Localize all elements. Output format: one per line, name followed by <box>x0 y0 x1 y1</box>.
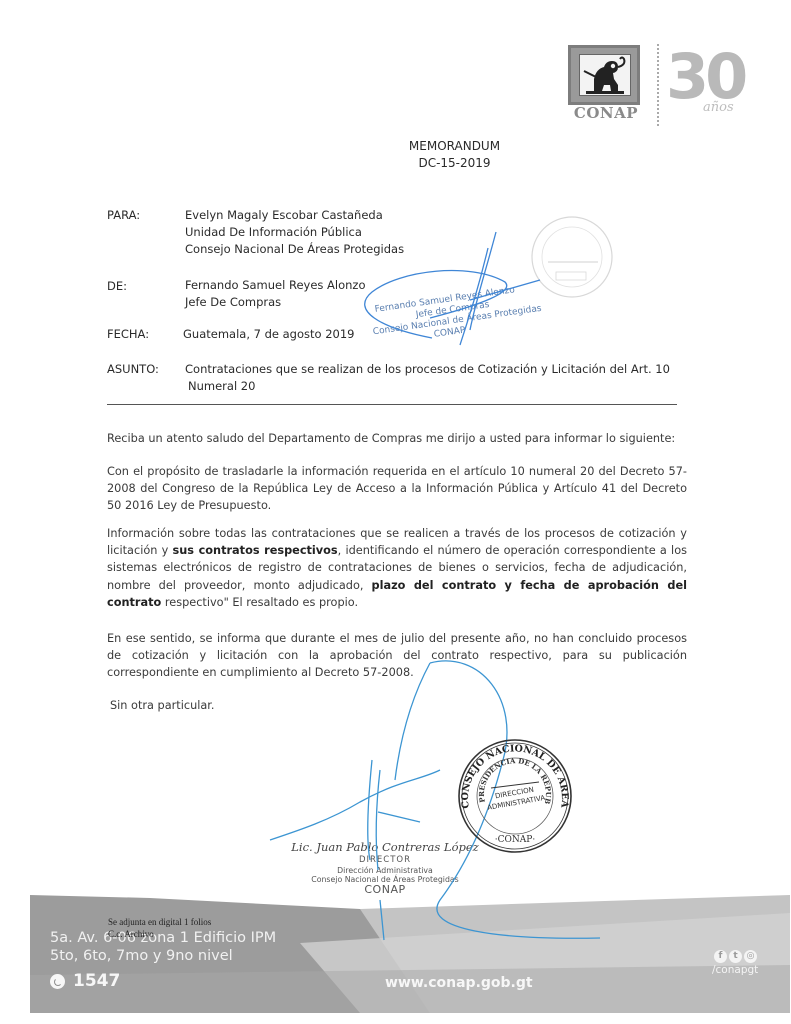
footer-website[interactable]: www.conap.gob.gt <box>385 975 533 991</box>
footer-phone: 1547 <box>50 971 120 991</box>
sender-name: Fernando Samuel Reyes Alonzo <box>185 277 366 294</box>
para-value: Evelyn Magaly Escobar Castañeda Unidad D… <box>185 207 404 258</box>
asunto-value: Contrataciones que se realizan de los pr… <box>185 361 670 395</box>
sender-stamp: Fernando Samuel Reyes Alonzo Jefe de Com… <box>369 282 544 348</box>
annex-note: Se adjunta en digital 1 folios C.c. Arch… <box>108 916 211 940</box>
para-label: PARA: <box>107 208 140 222</box>
recipient-name: Evelyn Magaly Escobar Castañeda <box>185 207 404 224</box>
annex-line-2: C.c. Archivo <box>108 928 211 940</box>
header-divider <box>107 404 677 405</box>
svg-text:Fernando Samuel Reyes Alonzo: Fernando Samuel Reyes Alonzo <box>374 285 516 315</box>
signatory-unit: Dirección Administrativa <box>270 866 500 876</box>
sender-title: Jefe De Compras <box>185 294 366 311</box>
address-line-2: 5to, 6to, 7mo y 9no nivel <box>50 947 276 965</box>
svg-text:DIRECCION: DIRECCION <box>494 786 534 801</box>
faded-round-stamp <box>532 217 612 297</box>
signatory-title: DIRECTOR <box>270 856 500 866</box>
memo-reference: DC-15-2019 <box>118 155 791 172</box>
greeting-paragraph: Reciba un atento saludo del Departamento… <box>107 430 687 447</box>
logo-divider <box>657 44 659 126</box>
svg-text:CONAP: CONAP <box>433 325 466 339</box>
de-value: Fernando Samuel Reyes Alonzo Jefe De Com… <box>185 277 366 311</box>
fecha-value: Guatemala, 7 de agosto 2019 <box>183 326 354 343</box>
memo-header: MEMORANDUM DC-15-2019 <box>0 138 791 172</box>
de-label: DE: <box>107 279 127 293</box>
social-handle[interactable]: /conapgt <box>712 964 758 976</box>
signatory-details: DIRECTOR Dirección Administrativa Consej… <box>270 856 500 894</box>
phone-icon <box>50 974 65 989</box>
closing-line: Sin otra particular. <box>110 697 690 714</box>
svg-text:ADMINISTRATIVA: ADMINISTRATIVA <box>487 794 546 812</box>
svg-text:CONSEJO NACIONAL DE AREAS PROT: CONSEJO NACIONAL DE AREAS PROTEGIDAS <box>460 743 570 809</box>
svg-text:Jefe de Compras: Jefe de Compras <box>414 300 490 320</box>
social-icons: f t ◎ <box>714 950 757 963</box>
conap-logo <box>568 45 640 105</box>
recipient-org: Consejo Nacional De Áreas Protegidas <box>185 241 404 258</box>
signatory-org-short: CONAP <box>270 885 500 895</box>
instagram-icon[interactable]: ◎ <box>744 950 757 963</box>
phone-number: 1547 <box>73 971 120 991</box>
body-paragraph-2: Información sobre todas las contratacion… <box>107 525 687 611</box>
paragraph-2-bold-1: sus contratos respectivos <box>173 544 338 557</box>
subject-line-2: Numeral 20 <box>185 378 670 395</box>
recipient-unit: Unidad De Información Pública <box>185 224 404 241</box>
svg-text:PRESIDENCIA DE LA REPUBLICA: PRESIDENCIA DE LA REPUBLICA <box>477 756 553 805</box>
twitter-icon[interactable]: t <box>729 950 742 963</box>
memo-title: MEMORANDUM <box>118 138 791 155</box>
svg-text:·CONAP·: ·CONAP· <box>495 835 536 845</box>
fecha-label: FECHA: <box>107 327 149 341</box>
body-paragraph-3: En ese sentido, se informa que durante e… <box>107 630 687 682</box>
anniversary-word: años <box>703 100 734 115</box>
asunto-label: ASUNTO: <box>107 362 159 376</box>
signatory-name: Lic. Juan Pablo Contreras López <box>285 840 485 854</box>
logo-wordmark: CONAP <box>566 104 646 122</box>
svg-text:Consejo Nacional de Áreas Prot: Consejo Nacional de Áreas Protegidas <box>372 302 543 338</box>
paragraph-2-text-3: respectivo" El resaltado es propio. <box>161 596 358 609</box>
facebook-icon[interactable]: f <box>714 950 727 963</box>
body-paragraph-1: Con el propósito de trasladarle la infor… <box>107 463 687 515</box>
subject-line-1: Contrataciones que se realizan de los pr… <box>185 361 670 378</box>
monkey-emblem-icon <box>579 54 631 96</box>
official-seal: CONSEJO NACIONAL DE AREAS PROTEGIDAS PRE… <box>459 740 571 852</box>
annex-line-1: Se adjunta en digital 1 folios <box>108 916 211 928</box>
